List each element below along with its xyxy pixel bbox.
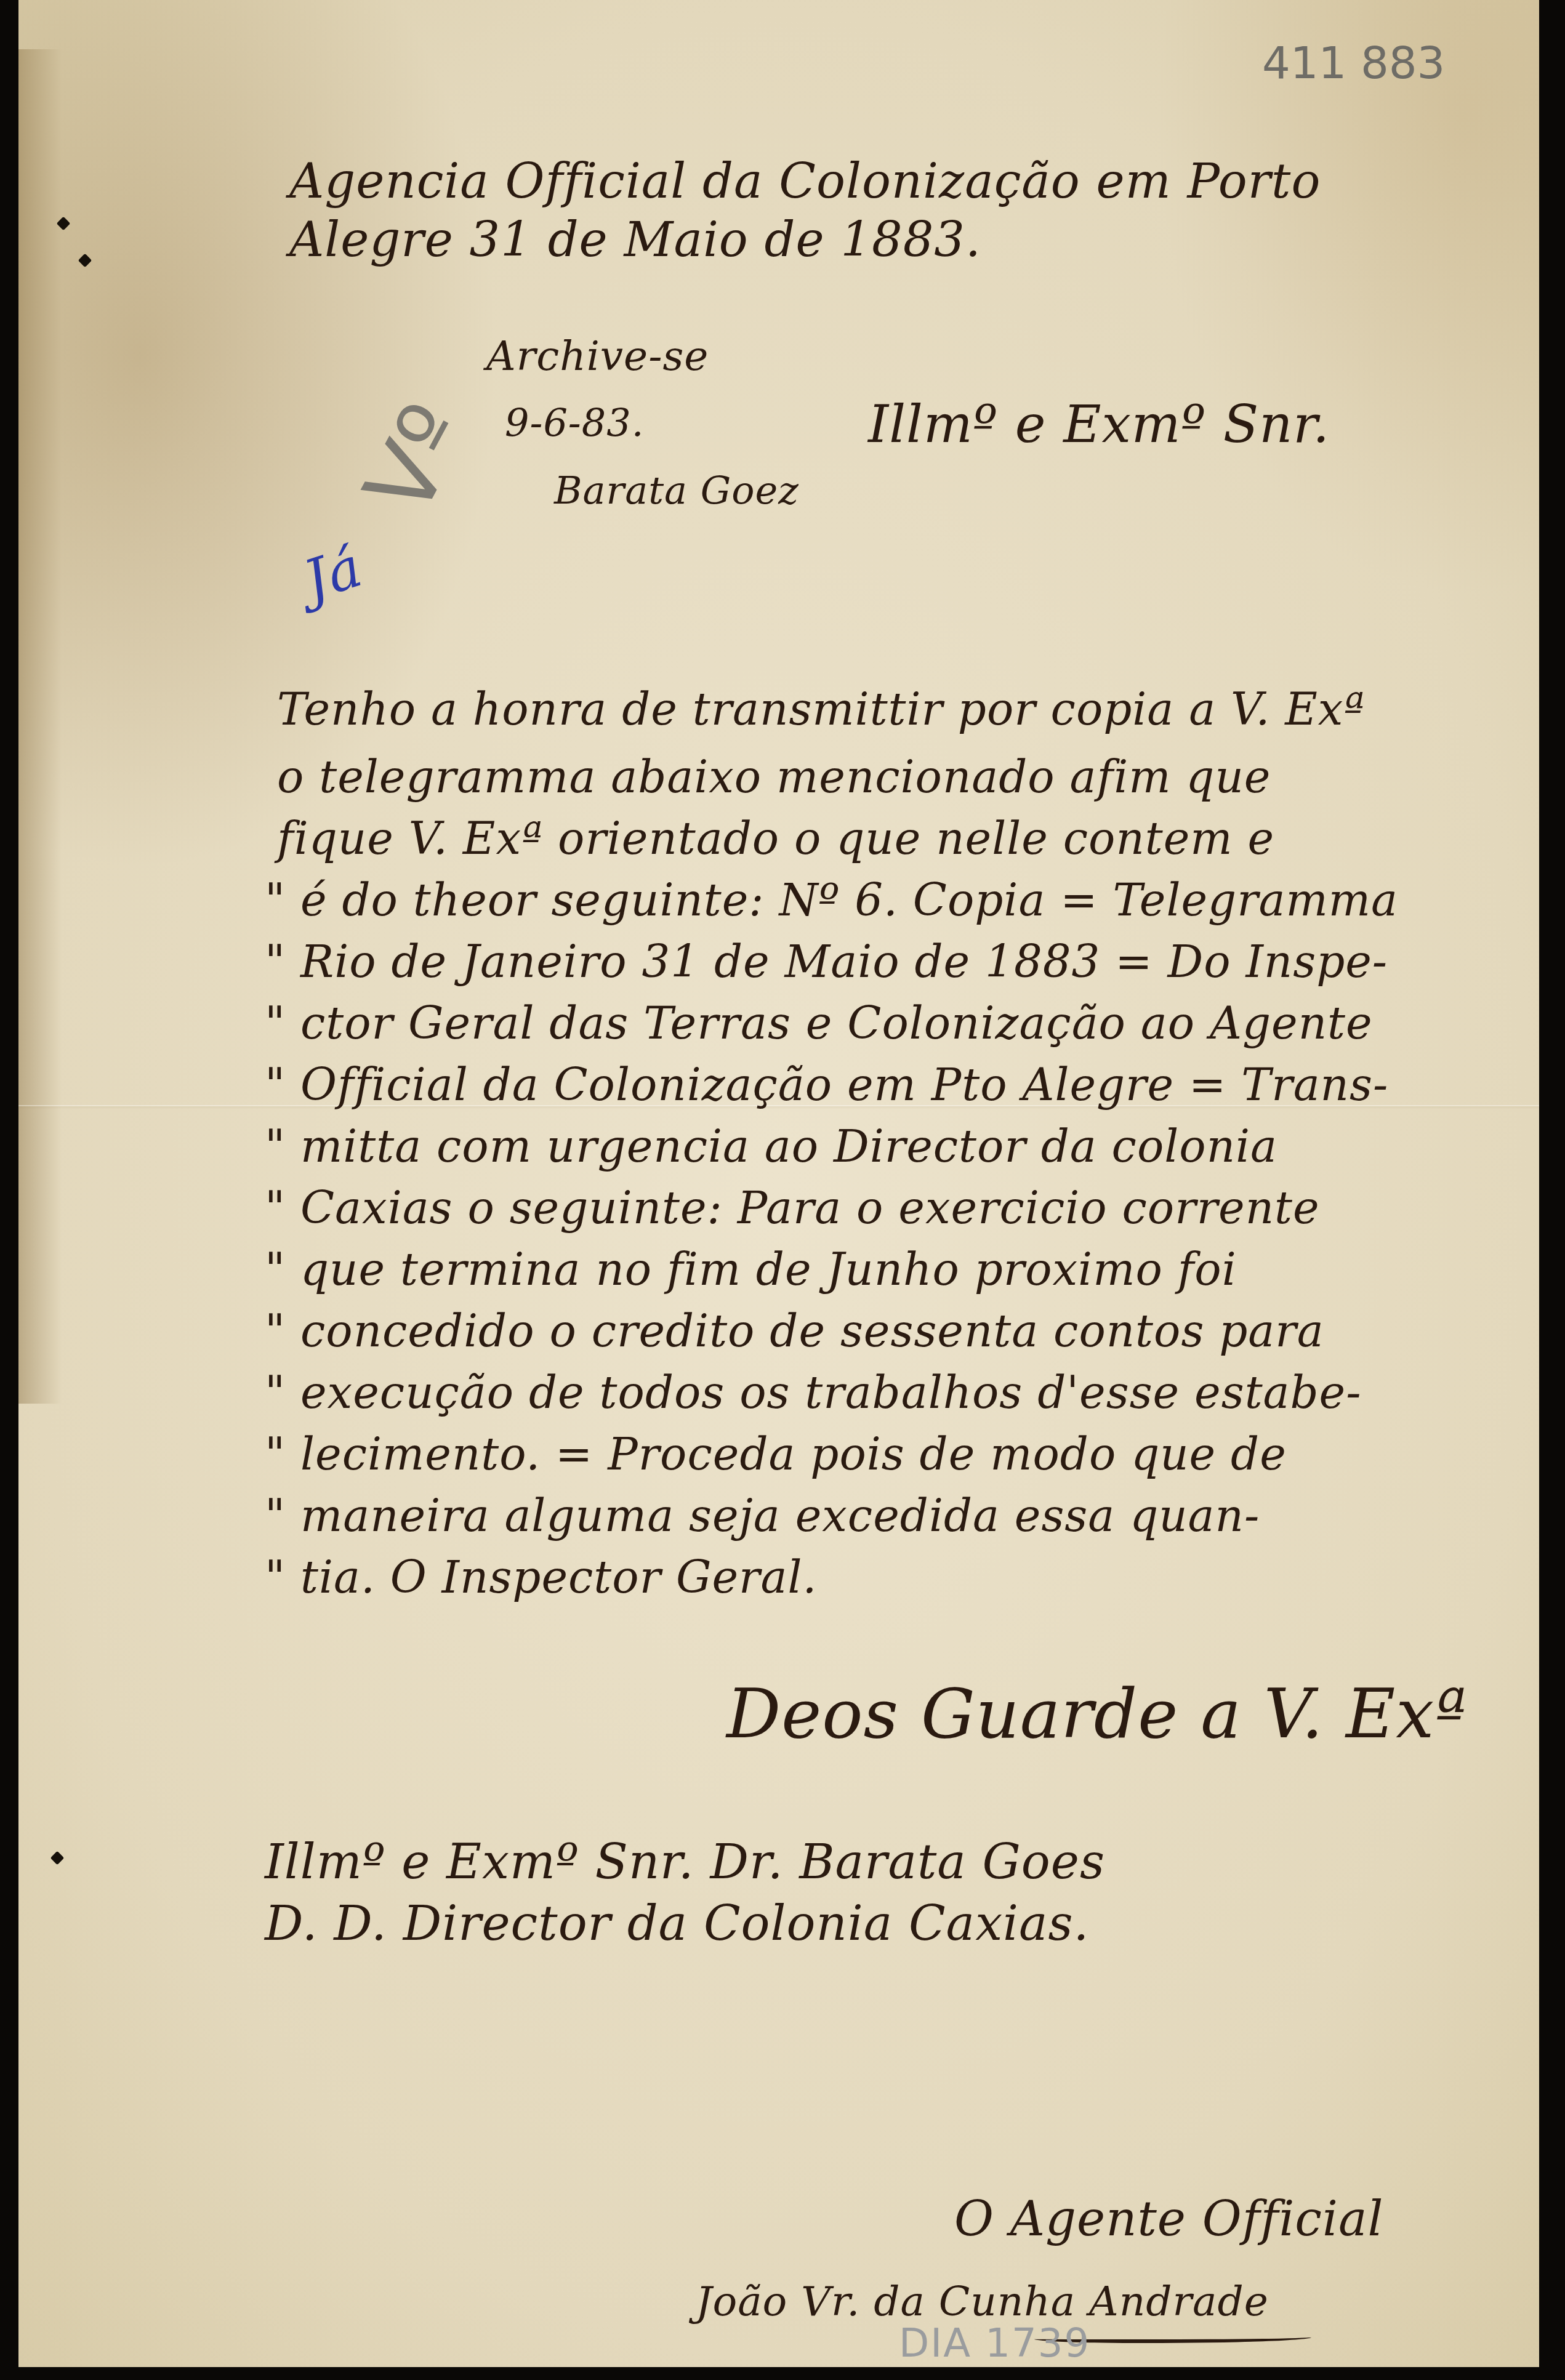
body-line: " lecimento. = Proceda pois de modo que … <box>265 1428 1287 1480</box>
body-line: " ctor Geral das Terras e Colonização ao… <box>265 997 1373 1049</box>
body-line: " maneira alguma seja excedida essa quan… <box>265 1490 1260 1542</box>
addressee-line: Illmº e Exmº Snr. Dr. Barata Goes <box>265 1835 1105 1890</box>
body-line: o telegramma abaixo mencionado afim que <box>277 751 1271 803</box>
marginal-note-line: Archive-se <box>486 332 709 380</box>
archive-ref-number: 411 <box>1262 37 1346 89</box>
heading-line: Agencia Official da Colonização em Porto <box>289 154 1321 209</box>
body-line: " que termina no fim de Junho proximo fo… <box>265 1244 1237 1295</box>
archive-stamp: DIA 1739 <box>899 2321 1090 2366</box>
body-line: " tia. O Inspector Geral. <box>265 1551 817 1603</box>
body-line: " Caxias o seguinte: Para o exercicio co… <box>265 1182 1320 1234</box>
body-line: " mitta com urgencia ao Director da colo… <box>265 1120 1277 1172</box>
heading-line: Alegre 31 de Maio de 1883. <box>289 212 981 268</box>
body-line: " Official da Colonização em Pto Alegre … <box>265 1059 1388 1111</box>
body-line: fique V. Exª orientado o que nelle conte… <box>277 813 1274 864</box>
salutation: Illmº e Exmº Snr. <box>868 394 1330 454</box>
body-line: Tenho a honra de transmittir por copia a… <box>277 683 1366 735</box>
closing-formula: Deos Guarde a V. Exª <box>726 1674 1468 1753</box>
body-line: " Rio de Janeiro 31 de Maio de 1883 = Do… <box>265 936 1388 987</box>
marginal-note-date: 9-6-83. <box>505 400 644 445</box>
addressee-line: D. D. Director da Colonia Caxias. <box>265 1896 1089 1952</box>
body-line: " execução de todos os trabalhos d'esse … <box>265 1367 1362 1418</box>
binding-hole <box>50 1851 65 1865</box>
body-line: " é do theor seguinte: Nº 6. Copia = Tel… <box>265 874 1398 926</box>
pencil-mark: Vº <box>345 387 490 533</box>
blue-ink-mark: Já <box>296 534 370 613</box>
document-page: 411 883 Agencia Official da Colonização … <box>18 0 1539 2367</box>
binding-hole <box>78 254 92 268</box>
body-line: " concedido o credito de sessenta contos… <box>265 1305 1324 1357</box>
signature-name: João Vr. da Cunha Andrade <box>696 2278 1269 2325</box>
binding-hole <box>57 217 71 231</box>
archive-ref-number: 883 <box>1361 37 1445 89</box>
signature-title: O Agente Official <box>954 2192 1383 2247</box>
marginal-note-signature: Barata Goez <box>554 468 799 513</box>
